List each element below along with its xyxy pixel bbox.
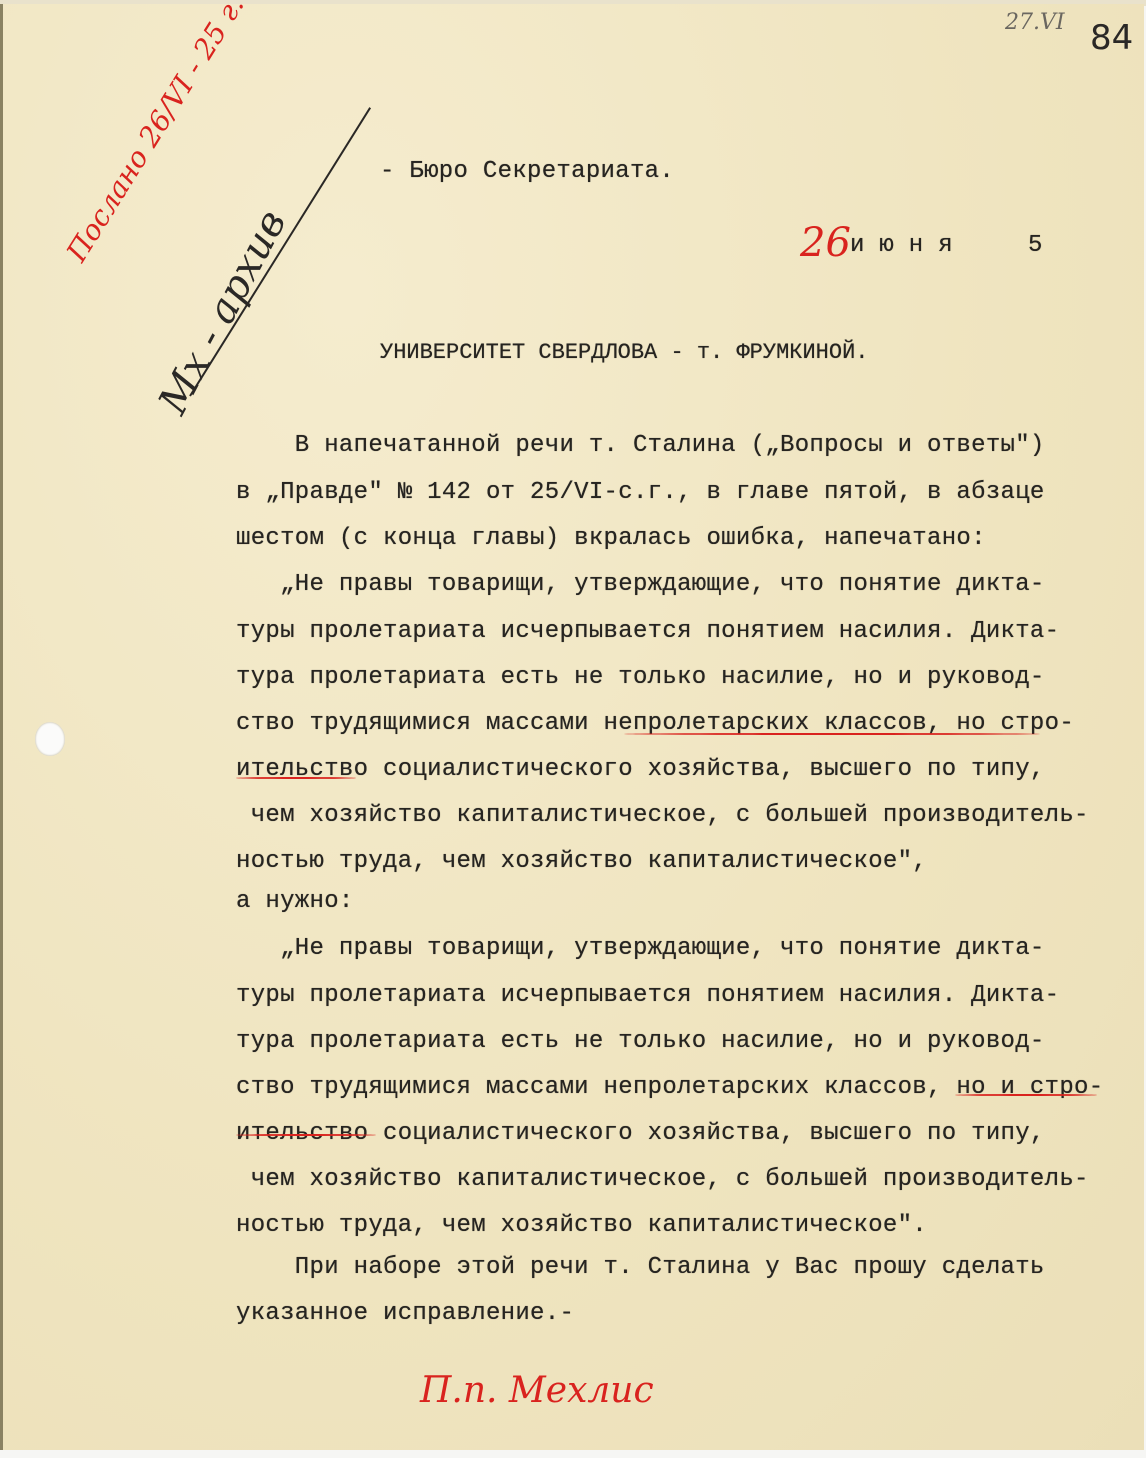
- red-underline-correction: [955, 1094, 1097, 1096]
- text-line: ностью труда, чем хозяйство капиталистич…: [236, 1212, 927, 1239]
- text-line: ительство социалистического хозяйства, в…: [236, 756, 1045, 783]
- text-line: в „Правде" № 142 от 25/VI-с.г., в главе …: [236, 479, 1045, 506]
- text-line: туры пролетариата исчерпывается понятием…: [236, 982, 1059, 1009]
- text-line: „Не правы товарищи, утверждающие, что по…: [236, 571, 1045, 598]
- punch-hole: [35, 722, 65, 756]
- text-line: шестом (с конца главы) вкралась ошибка, …: [236, 525, 986, 552]
- red-underline-error-cont: [236, 777, 356, 779]
- text-line: чем хозяйство капиталистическое, с больш…: [236, 1166, 1089, 1193]
- date-year-suffix: 5: [1028, 232, 1043, 259]
- text-line: „Не правы товарищи, утверждающие, что по…: [236, 935, 1045, 962]
- text-line: тура пролетариата есть не только насилие…: [236, 664, 1045, 691]
- signature: П.п. Мехлис: [420, 1370, 654, 1411]
- text-line: тура пролетариата есть не только насилие…: [236, 1028, 1045, 1055]
- text-line: ностью труда, чем хозяйство капиталистич…: [236, 848, 927, 875]
- addressee-line: УНИВЕРСИТЕТ СВЕРДЛОВА - т. ФРУМКИНОЙ.: [380, 340, 868, 365]
- red-underline-error: [624, 733, 1040, 735]
- archive-page-number: 84: [1090, 18, 1133, 58]
- archive-pencil-date: 27.VI: [1005, 10, 1065, 35]
- sender-line: - Бюро Секретариата.: [380, 158, 674, 185]
- text-line: При наборе этой речи т. Сталина у Вас пр…: [236, 1254, 1045, 1281]
- text-line: ство трудящимися массами непролетарских …: [236, 1074, 1103, 1101]
- correction-label: а нужно:: [236, 888, 354, 915]
- date-month: и ю н я: [850, 232, 953, 259]
- text-line: указанное исправление.-: [236, 1300, 574, 1327]
- red-underline-correction-cont: [236, 1134, 376, 1136]
- text-line: чем хозяйство капиталистическое, с больш…: [236, 802, 1089, 829]
- text-line: туры пролетариата исчерпывается понятием…: [236, 618, 1059, 645]
- text-line: В напечатанной речи т. Сталина („Вопросы…: [236, 432, 1045, 459]
- date-day-handwritten: 26: [800, 220, 851, 266]
